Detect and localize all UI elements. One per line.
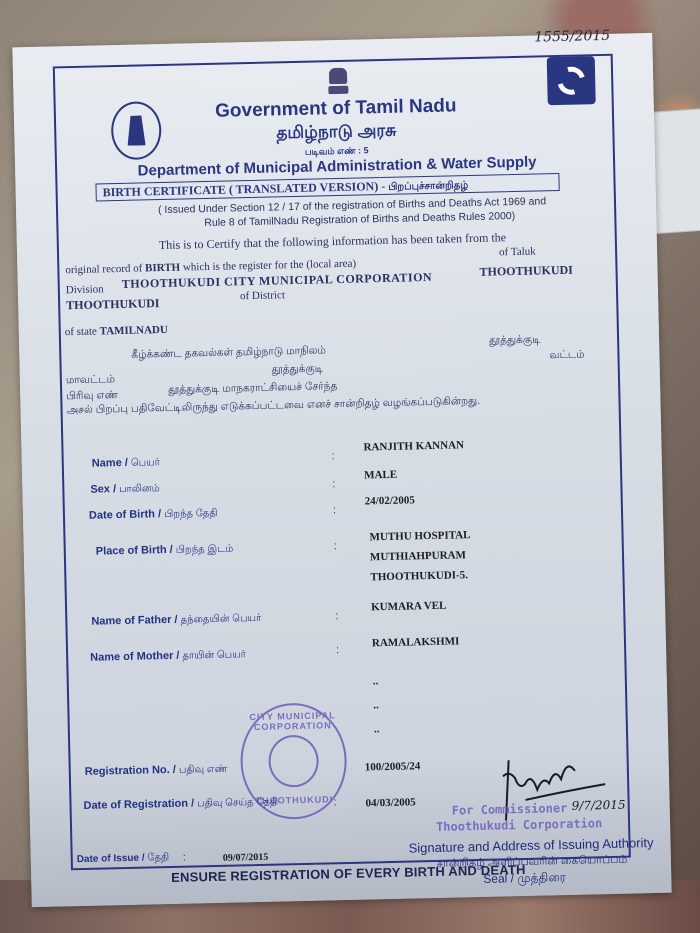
state-value: TAMILNADU [99,324,168,338]
certificate-border: 1555/2015 Government of Tamil Nadu தமிழ்… [53,54,631,870]
date-of-issue-value: 09/07/2015 [223,852,269,864]
taluk-value: THOOTHUKUDI [479,263,573,280]
blank-marker: .. [374,723,380,735]
state-line: of state TAMILNADU [65,324,168,338]
place-of-birth-line1: MUTHU HOSPITAL [369,529,470,543]
blank-marker: .. [373,675,379,687]
father-name-value: KUMARA VEL [371,600,447,614]
commissioner-stamp-line1: For Commissioner [452,801,568,818]
certificate-title-tamil: பிறப்புச்சான்றிதழ் [388,180,468,193]
registration-number-value: 100/2005/24 [365,760,421,773]
birth-certificate-document: 1555/2015 Government of Tamil Nadu தமிழ்… [12,33,671,907]
handwritten-signature-date: 9/7/2015 [572,798,626,813]
father-name-label: Name of Father / தந்தையின் பெயர் [91,612,261,629]
ashoka-emblem-icon [327,68,350,100]
place-of-birth-label: Place of Birth / பிறந்த இடம் [96,542,234,558]
registration-date-value: 04/03/2005 [365,796,415,809]
tamil-division-label: பிரிவு எண் [66,389,118,403]
certify-line1: This is to Certify that the following in… [159,230,507,253]
tamil-line1: கீழ்க்கண்ட தகவல்கள் தமிழ்நாடு மாநிலம் [131,344,326,361]
commissioner-stamp-line2: Thoothukudi Corporation [436,816,602,834]
district-value: THOOTHUKUDI [66,296,160,313]
name-label: Name / பெயர் [92,456,160,471]
sex-value: MALE [364,469,397,482]
tamil-district-label: மாவட்டம் [66,373,115,387]
district-label: of District [240,289,285,302]
tamil-closing: அசல் பிறப்பு பதிவேட்டிலிருந்து எடுக்கப்ப… [66,395,480,417]
registration-number-label: Registration No. / பதிவு எண் [85,763,228,779]
place-of-birth-line3: THOOTHUKUDI-5. [370,569,468,583]
record-type: BIRTH [145,262,180,275]
blank-marker: .. [373,699,379,711]
sex-label: Sex / பாலினம் [90,482,160,497]
mother-name-value: RAMALAKSHMI [372,635,460,649]
tamil-taluk-label: வட்டம் [549,348,585,362]
tamil-division-value: தூத்துக்குடி மாநகராட்சியைச் சேர்ந்த [168,380,337,397]
name-value: RANJITH KANNAN [363,439,464,453]
issuing-authority-label: Signature and Address of Issuing Authori… [408,835,653,856]
registration-date-label: Date of Registration / பதிவு செய்த தேதி [83,796,278,813]
date-of-issue-label: Date of Issue / தேதி [77,852,170,866]
taluk-label: of Taluk [499,246,536,259]
tamil-taluk-value: தூத்துக்குடி [489,333,541,347]
place-of-birth-line2: MUTHIAHPURAM [370,549,466,563]
seal-emblem-icon [268,735,319,788]
certificate-title: BIRTH CERTIFICATE ( TRANSLATED VERSION) … [102,179,388,199]
handwritten-reference-number: 1555/2015 [534,28,610,46]
mother-name-label: Name of Mother / தாயின் பெயர் [90,648,246,665]
division-label: Division [66,283,104,296]
dob-label: Date of Birth / பிறந்த தேதி [89,507,218,523]
tamil-district-value: தூத்துக்குடி [272,362,324,376]
dob-value: 24/02/2005 [365,494,415,507]
